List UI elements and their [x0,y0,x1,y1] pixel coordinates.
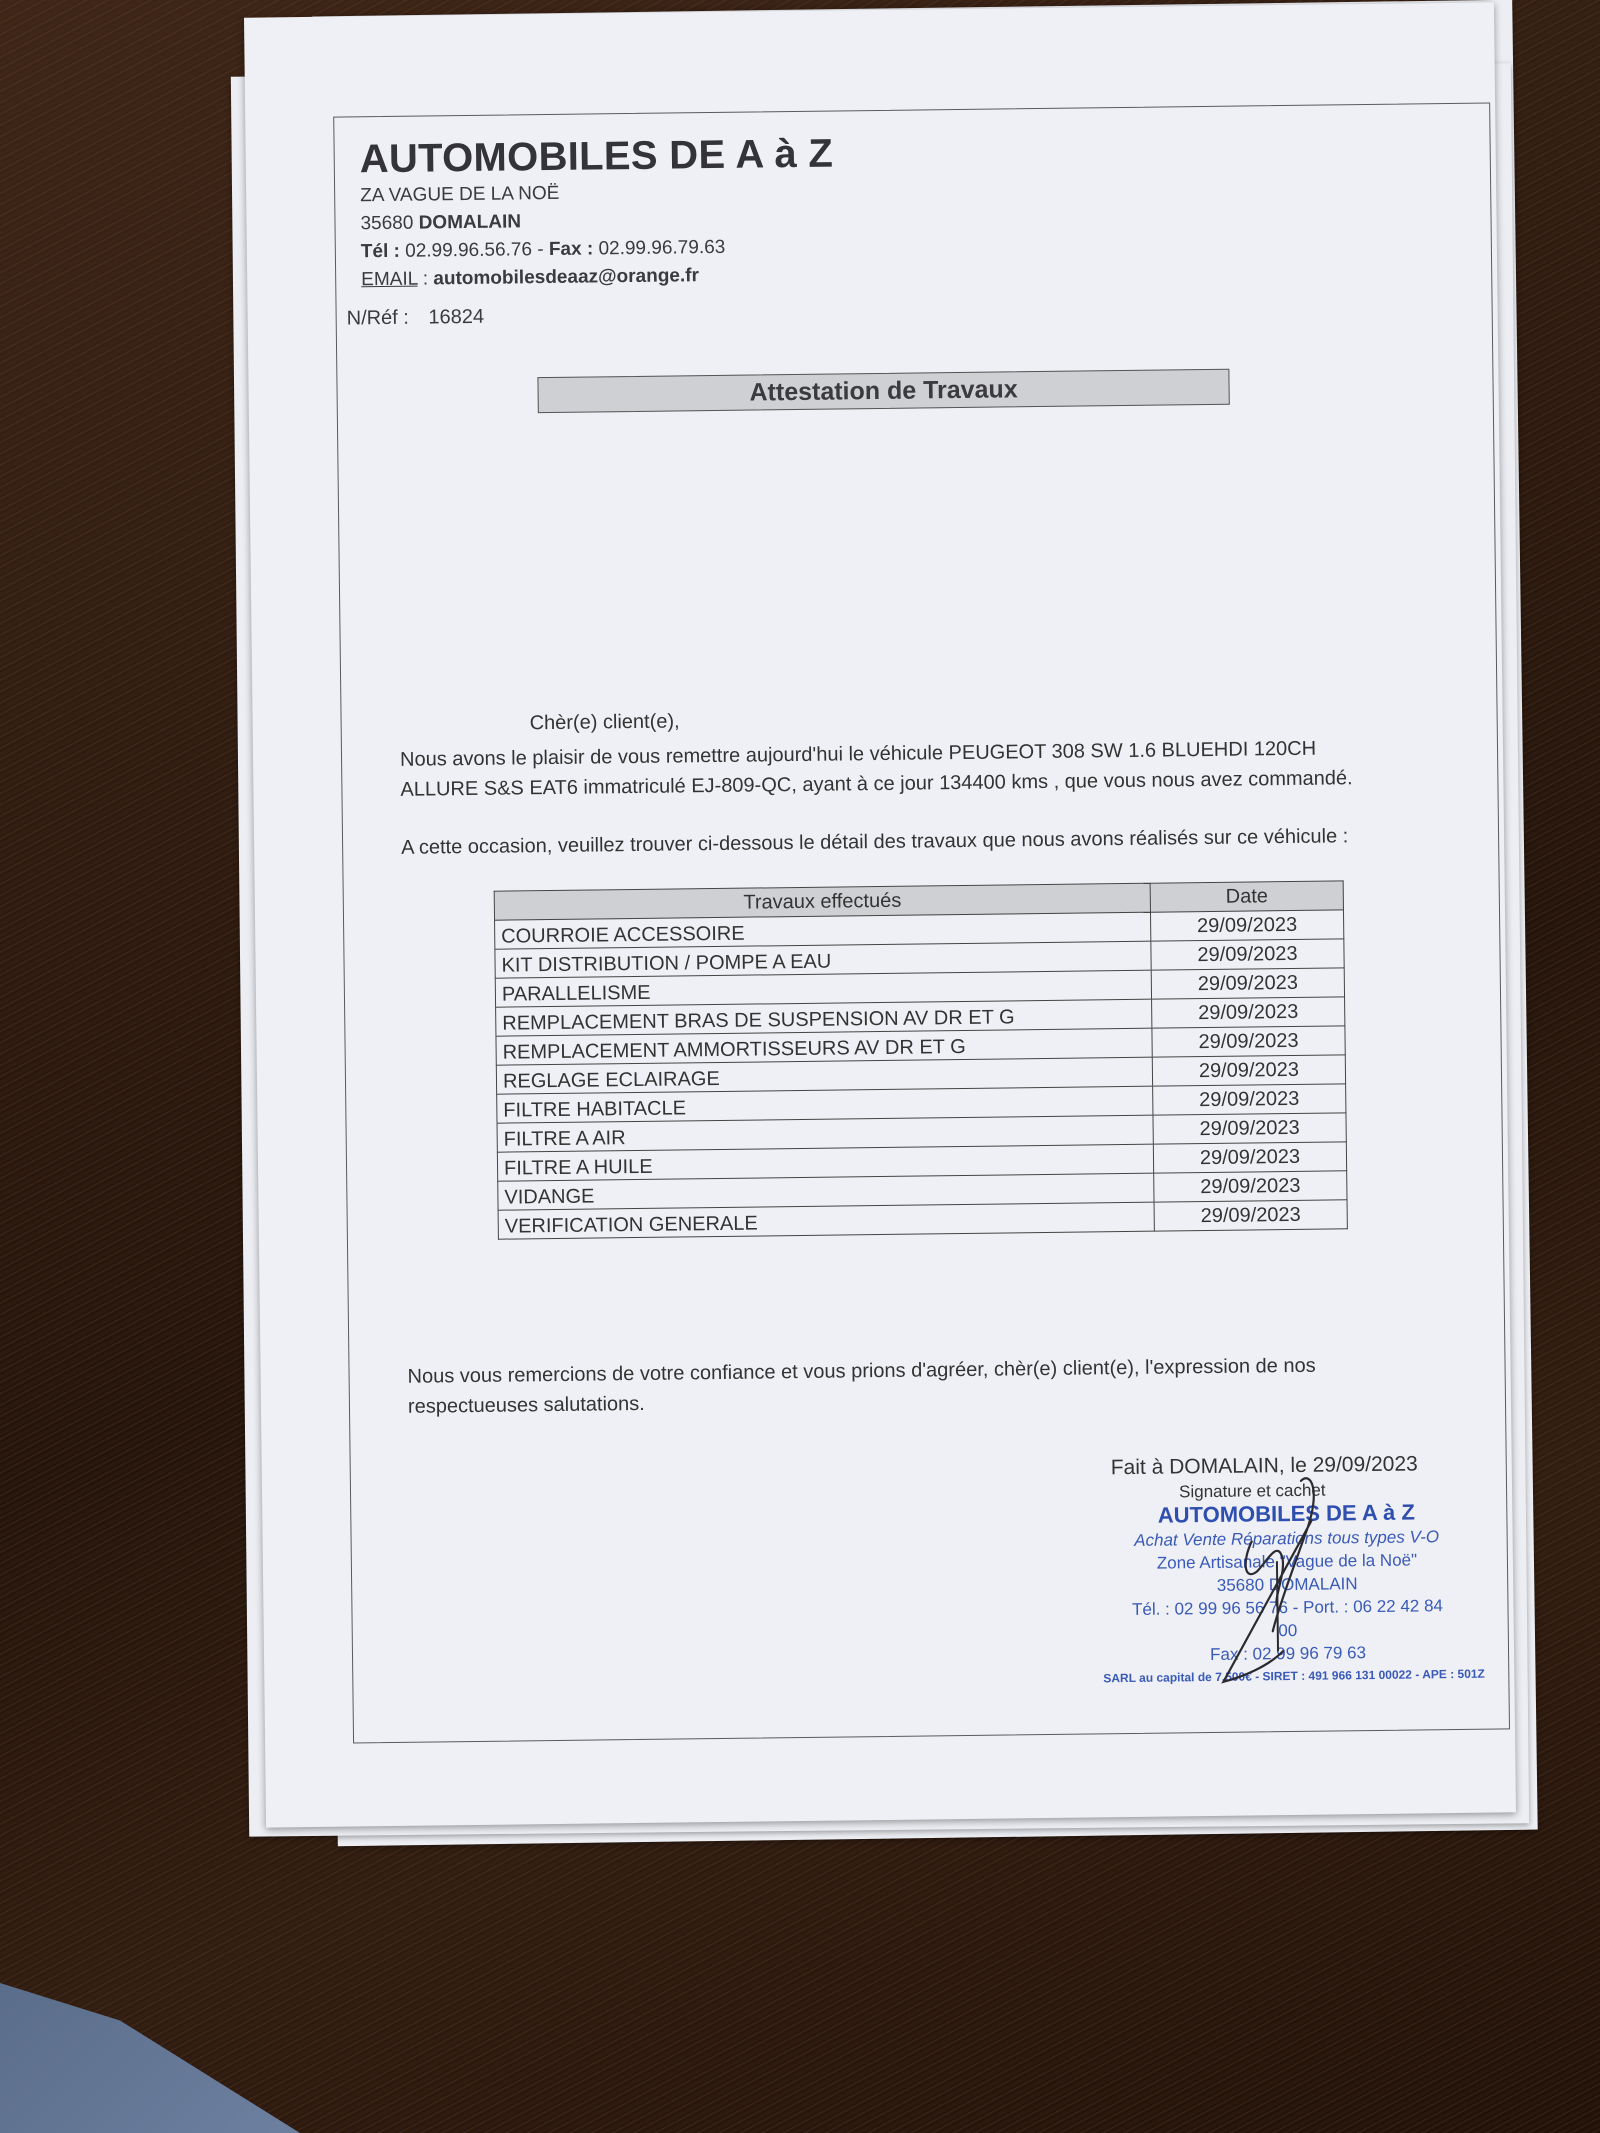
date-cell: 29/09/2023 [1153,1084,1346,1115]
date-cell: 29/09/2023 [1154,1200,1347,1231]
company-header: AUTOMOBILES DE A à Z ZA VAGUE DE LA NOË … [359,132,834,295]
fax-label: Fax : [549,238,594,260]
attestation-document: AUTOMOBILES DE A à Z ZA VAGUE DE LA NOË … [244,2,1516,1827]
closing-paragraph: Nous vous remercions de votre confiance … [407,1350,1388,1422]
document-title: Attestation de Travaux [537,369,1229,413]
reference-label: N/Réf : [347,307,410,330]
tel-value: 02.99.96.56.76 [405,239,532,262]
date-cell: 29/09/2023 [1152,997,1345,1028]
date-cell: 29/09/2023 [1151,968,1344,999]
reference-number: N/Réf : 16824 [347,306,485,331]
company-name: AUTOMOBILES DE A à Z [359,132,833,183]
date-cell: 29/09/2023 [1154,1171,1347,1202]
date-cell: 29/09/2023 [1152,1026,1345,1057]
detail-paragraph: A cette occasion, veuillez trouver ci-de… [401,821,1381,863]
company-city: DOMALAIN [419,211,522,233]
tel-label: Tél : [361,241,400,262]
date-cell: 29/09/2023 [1153,1142,1346,1173]
date-cell: 29/09/2023 [1153,1113,1346,1144]
company-postcode: 35680 [360,213,413,235]
header-date: Date [1150,881,1343,912]
date-cell: 29/09/2023 [1150,910,1343,941]
company-email-line: EMAIL : automobilesdeaaz@orange.fr [361,261,835,295]
date-cell: 29/09/2023 [1151,939,1344,970]
works-table: Travaux effectués Date COURROIE ACCESSOI… [494,880,1348,1239]
email-label: EMAIL [361,269,418,291]
reference-value: 16824 [428,306,484,329]
email-value: automobilesdeaaz@orange.fr [433,265,699,289]
page-frame: AUTOMOBILES DE A à Z ZA VAGUE DE LA NOË … [333,102,1510,1743]
fax-value: 02.99.96.79.63 [598,237,725,260]
jeans-background [0,1983,300,2133]
handwritten-signature [1181,1460,1344,1692]
intro-paragraph: Nous avons le plaisir de vous remettre a… [400,733,1381,805]
date-cell: 29/09/2023 [1152,1055,1345,1086]
greeting: Chèr(e) client(e), [529,696,1509,738]
